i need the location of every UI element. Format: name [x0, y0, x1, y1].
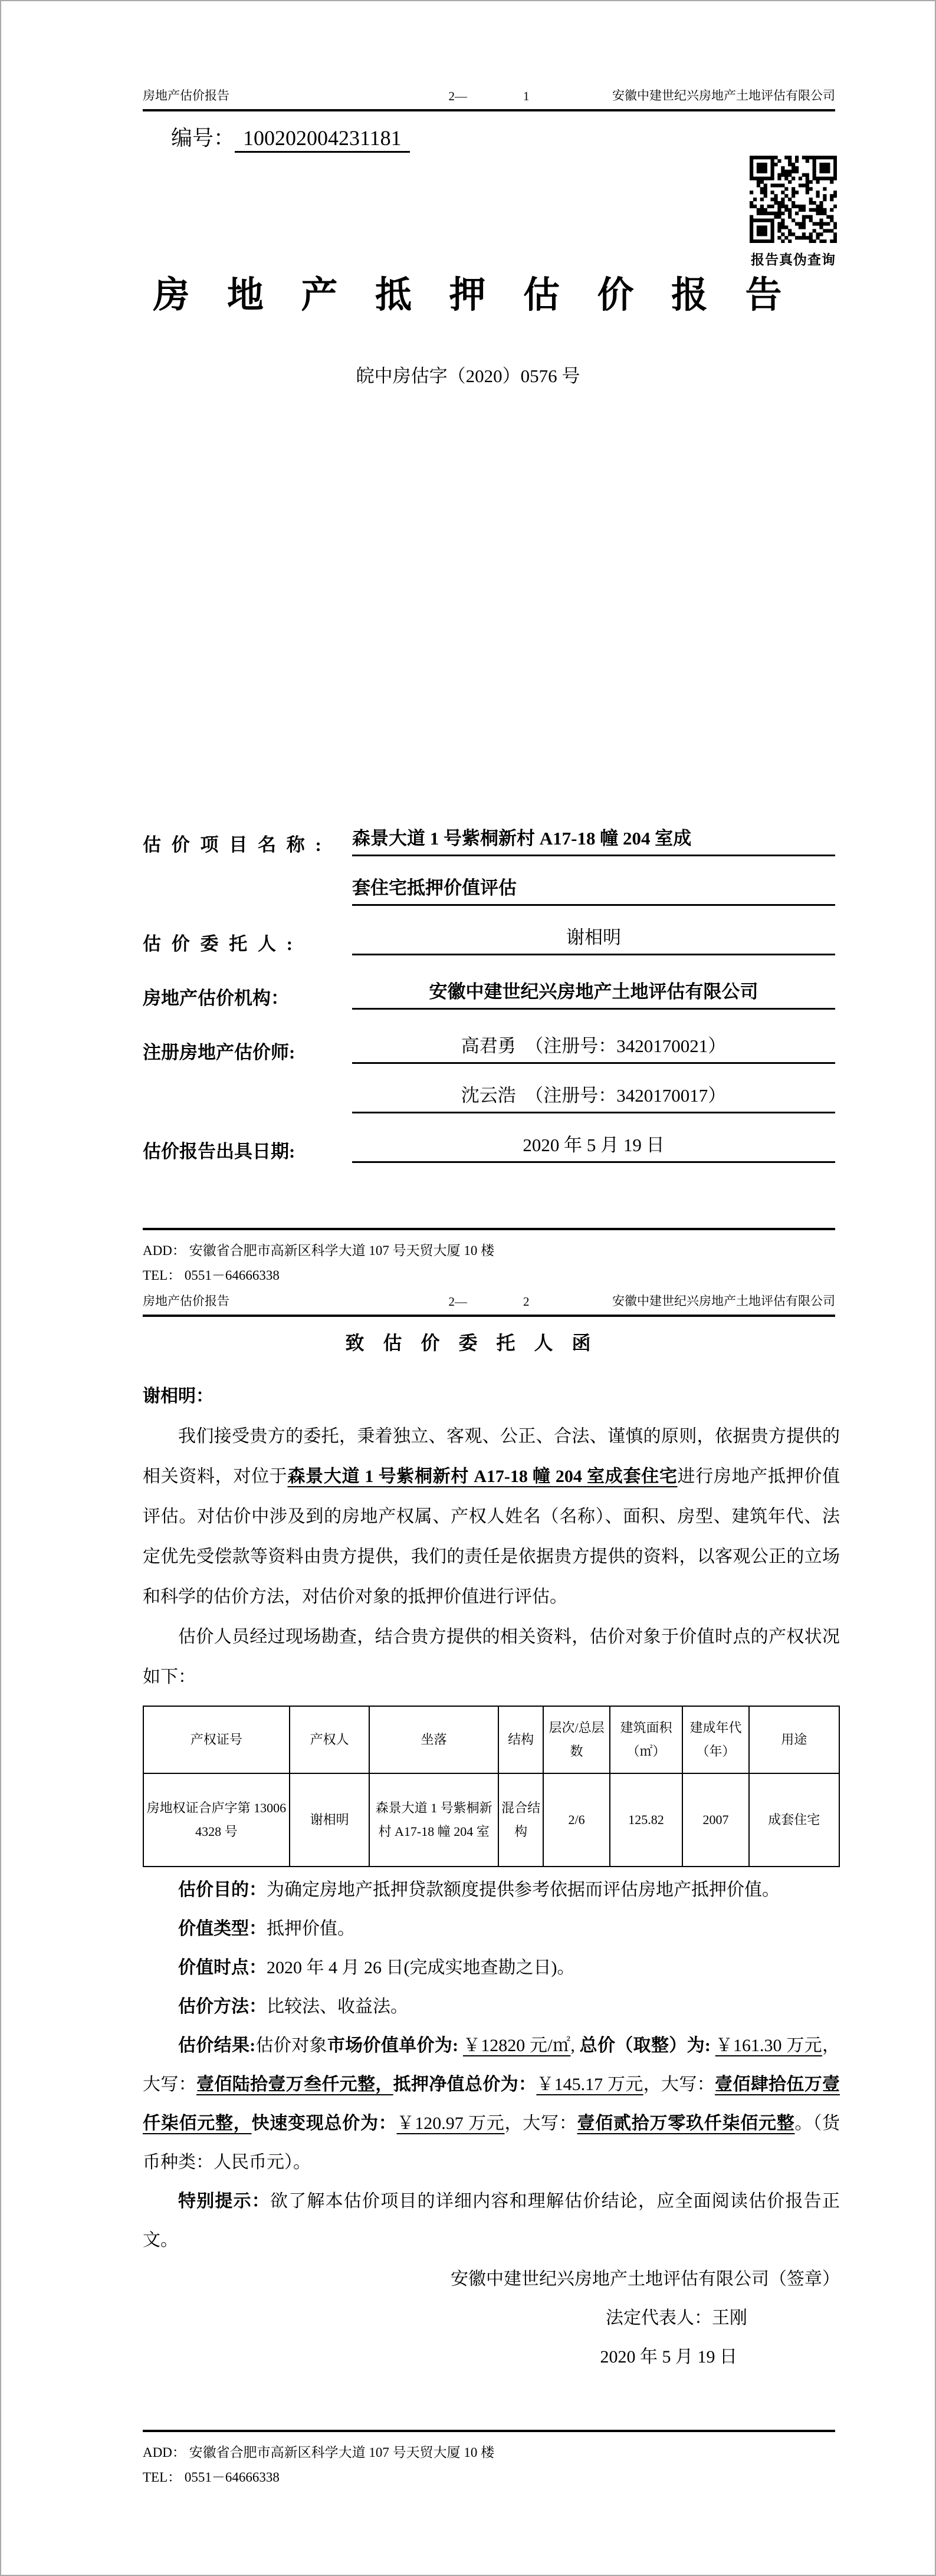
field-project-name: 估 价 项 目 名 称 : 森景大道 1 号紫桐新村 A17-18 幢 204 …: [143, 807, 835, 906]
cell-owner: 谢相明: [290, 1773, 370, 1867]
field-value-line: 谢相明: [352, 906, 835, 955]
total-price-capital: 壹佰陆拾壹万叁仟元整，: [196, 2075, 393, 2094]
qr-code: [750, 156, 837, 243]
report-number-value: 100202004231181: [235, 126, 410, 153]
page2-footer: ADD： 安徽省合肥市高新区科学大道 107 号天贸大厦 10 楼 TEL： 0…: [143, 2430, 835, 2490]
field-value-line: 沈云浩 （注册号：3420170017）: [352, 1064, 835, 1113]
col-certificate-no: 产权证号: [143, 1706, 290, 1773]
item-method: 估价方法：比较法、收益法。: [143, 1987, 840, 2026]
col-year-built: 建成年代（年）: [682, 1706, 748, 1773]
table-row: 房地权证合庐字第 130064328 号 谢相明 森景大道 1 号紫桐新村 A1…: [143, 1773, 839, 1867]
item-label: 估价结果:: [178, 2036, 255, 2055]
col-owner: 产权人: [290, 1706, 370, 1773]
item-text: 比较法、收益法。: [267, 1997, 408, 2016]
signature-company: 安徽中建世纪兴房地产土地评估有限公司（签章）: [143, 2260, 840, 2299]
page-number: 1: [523, 89, 530, 104]
cell-structure: 混合结构: [498, 1773, 544, 1867]
item-text: 为确定房地产抵押贷款额度提供参考依据而评估房地产抵押价值。: [267, 1880, 780, 1900]
page-count-prefix: 2—: [449, 89, 468, 104]
page1-footer: ADD： 安徽省合肥市高新区科学大道 107 号天贸大厦 10 楼 TEL： 0…: [143, 1228, 835, 1288]
item-text: 快速变现总价为：: [252, 2114, 397, 2133]
report-subtitle: 皖中房估字（2020）0576 号: [0, 361, 936, 387]
running-header-doc-title: 房地产估价报告: [143, 86, 449, 104]
quick-sale-value: ￥120.97 万元: [397, 2114, 505, 2133]
field-label: 房地产估价机构：: [143, 960, 352, 1014]
item-label: 价值类型：: [178, 1919, 267, 1938]
net-value-value: ￥145.17 万元: [536, 2075, 643, 2094]
running-header-company: 安徽中建世纪兴房地产土地评估有限公司: [530, 86, 836, 104]
item-text: ,: [570, 2036, 579, 2055]
signature-date: 2020 年 5 月 19 日: [143, 2338, 840, 2377]
cover-fields: 估 价 项 目 名 称 : 森景大道 1 号紫桐新村 A17-18 幢 204 …: [143, 807, 835, 1168]
ownership-table: 产权证号 产权人 坐落 结构 层次/总层数 建筑面积（㎡） 建成年代（年） 用途…: [143, 1706, 840, 1867]
running-header-company: 安徽中建世纪兴房地产土地评估有限公司: [530, 1292, 836, 1309]
item-value-date: 价值时点：2020 年 4 月 26 日(完成实地查勘之日)。: [143, 1949, 840, 1987]
quick-sale-capital: 壹佰贰拾万零玖仟柒佰元整: [577, 2114, 795, 2133]
letter-salutation: 谢相明：: [143, 1376, 840, 1417]
item-text: 抵押净值总价为：: [393, 2075, 537, 2094]
page2-running-header: 房地产估价报告 2— 2 安徽中建世纪兴房地产土地评估有限公司: [143, 1292, 835, 1317]
qr-block: 报告真伪查询: [749, 156, 838, 268]
item-result: 估价结果:估价对象市场价值单价为: ￥12820 元/㎡, 总价（取整）为: ￥…: [143, 2026, 840, 2182]
report-document: 房地产估价报告 2— 1 安徽中建世纪兴房地产土地评估有限公司 编号：10020…: [0, 0, 936, 2576]
item-text: ，大写：: [643, 2075, 715, 2094]
item-label: 估价目的：: [178, 1880, 267, 1900]
appraisal-items: 估价目的：为确定房地产抵押贷款额度提供参考依据而评估房地产抵押价值。 价值类型：…: [143, 1871, 840, 2260]
cell-floor: 2/6: [543, 1773, 609, 1867]
field-client: 估 价 委 托 人 : 谢相明: [143, 906, 835, 960]
footer-address: ADD： 安徽省合肥市高新区科学大道 107 号天贸大厦 10 楼: [143, 2440, 835, 2465]
page-number: 2: [523, 1294, 530, 1309]
footer-phone: TEL： 0551－64666338: [143, 2465, 835, 2490]
cell-use: 成套住宅: [749, 1773, 839, 1867]
total-price-value: ￥161.30 万元: [715, 2036, 822, 2055]
col-area: 建筑面积（㎡）: [610, 1706, 683, 1773]
item-value-type: 价值类型：抵押价值。: [143, 1910, 840, 1949]
signature-legal-representative: 法定代表人：王刚: [143, 2299, 840, 2338]
col-structure: 结构: [498, 1706, 544, 1773]
page-number-group: 2— 2: [449, 1294, 530, 1309]
letter-paragraph-2: 估价人员经过现场勘查，结合贵方提供的相关资料，估价对象于价值时点的产权状况如下：: [143, 1617, 840, 1697]
item-text: 总价（取整）为:: [580, 2036, 715, 2055]
unit-price-value: ￥12820 元/㎡: [463, 2036, 570, 2055]
page1-running-header: 房地产估价报告 2— 1 安徽中建世纪兴房地产土地评估有限公司: [143, 86, 835, 111]
letter-body: 谢相明： 我们接受贵方的委托，秉着独立、客观、公正、合法、谨慎的原则，依据贵方提…: [143, 1376, 840, 2377]
footer-phone: TEL： 0551－64666338: [143, 1263, 835, 1288]
item-text: ，大写：: [505, 2114, 577, 2133]
field-issue-date: 估价报告出具日期: 2020 年 5 月 19 日: [143, 1113, 835, 1168]
item-special-note: 特别提示：欲了解本估价项目的详细内容和理解估价结论，应全面阅读估价报告正文。: [143, 2182, 840, 2260]
page-count-prefix: 2—: [449, 1294, 468, 1309]
running-header-doc-title: 房地产估价报告: [143, 1292, 449, 1309]
field-agency: 房地产估价机构： 安徽中建世纪兴房地产土地评估有限公司: [143, 960, 835, 1014]
field-value-line: 森景大道 1 号紫桐新村 A17-18 幢 204 室成: [352, 807, 835, 856]
property-name-emphasis: 森景大道 1 号紫桐新村 A17-18 幢 204 室成套住宅: [287, 1467, 677, 1486]
field-value-line: 套住宅抵押价值评估: [352, 856, 835, 906]
item-label: 价值时点：: [178, 1958, 267, 1977]
letter-title: 致 估 价 委 托 人 函: [0, 1328, 936, 1355]
page-number-group: 2— 1: [449, 89, 530, 104]
item-text: 市场价值单价为:: [327, 2036, 463, 2055]
item-purpose: 估价目的：为确定房地产抵押贷款额度提供参考依据而评估房地产抵押价值。: [143, 1871, 840, 1910]
item-text: 估价对象: [255, 2036, 327, 2055]
field-label: 估 价 项 目 名 称 :: [143, 807, 352, 861]
col-floor: 层次/总层数: [543, 1706, 609, 1773]
item-label: 特别提示：: [178, 2191, 270, 2211]
field-label: 注册房地产估价师:: [143, 1014, 352, 1069]
field-label: 估价报告出具日期:: [143, 1113, 352, 1168]
paragraph-text: 进行房地产抵押价值评估。对估价中涉及到的房地产权属、产权人姓名（名称）、面积、房…: [143, 1467, 840, 1606]
item-text: 抵押价值。: [267, 1919, 355, 1938]
cell-year-built: 2007: [682, 1773, 748, 1867]
field-value-line: 2020 年 5 月 19 日: [352, 1113, 835, 1163]
table-header-row: 产权证号 产权人 坐落 结构 层次/总层数 建筑面积（㎡） 建成年代（年） 用途: [143, 1706, 839, 1773]
cell-location: 森景大道 1 号紫桐新村 A17-18 幢 204 室: [369, 1773, 498, 1867]
letter-paragraph-1: 我们接受贵方的委托，秉着独立、客观、公正、合法、谨慎的原则，依据贵方提供的相关资…: [143, 1417, 840, 1617]
cell-certificate-no: 房地权证合庐字第 130064328 号: [143, 1773, 290, 1867]
field-value-line: 高君勇 （注册号：3420170021）: [352, 1014, 835, 1064]
report-title: 房 地 产 抵 押 估 价 报 告: [0, 265, 936, 318]
cell-area: 125.82: [610, 1773, 683, 1867]
report-number-row: 编号：100202004231181: [171, 121, 410, 152]
report-number-label: 编号：: [171, 126, 235, 150]
field-appraisers: 注册房地产估价师: 高君勇 （注册号：3420170021） 沈云浩 （注册号：…: [143, 1014, 835, 1113]
item-label: 估价方法：: [178, 1997, 267, 2016]
item-text: 2020 年 4 月 26 日(完成实地查勘之日)。: [267, 1958, 574, 1977]
field-value-line: 安徽中建世纪兴房地产土地评估有限公司: [352, 960, 835, 1010]
col-use: 用途: [749, 1706, 839, 1773]
col-location: 坐落: [369, 1706, 498, 1773]
footer-address: ADD： 安徽省合肥市高新区科学大道 107 号天贸大厦 10 楼: [143, 1238, 835, 1263]
field-label: 估 价 委 托 人 :: [143, 906, 352, 960]
